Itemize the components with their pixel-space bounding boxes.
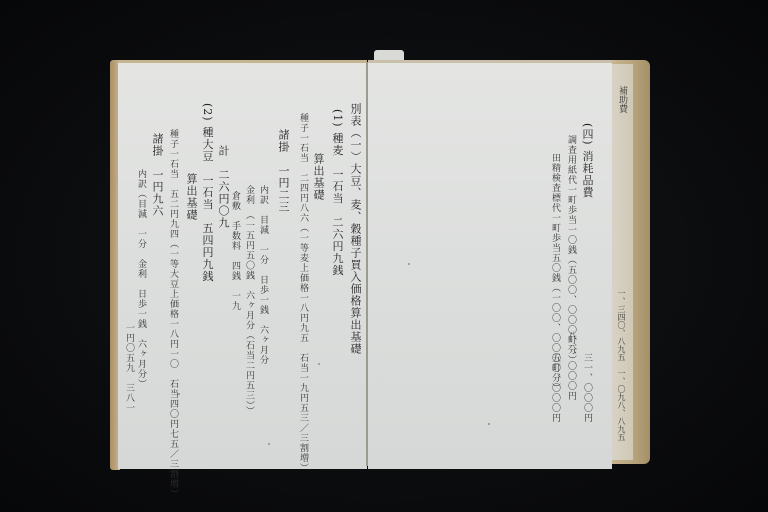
amount: 三一、〇〇〇円	[582, 353, 591, 423]
amount: 八一、〇〇〇円	[566, 331, 575, 401]
text-column: 計 二六円〇九	[218, 145, 229, 229]
text-column: 内訳 目減 一分 日歩一銭 六ヶ月分	[258, 185, 267, 365]
torn-tab	[374, 50, 404, 60]
text-column: 金利 （一五円五〇銭 六ヶ月分（石当二円五三））	[244, 185, 253, 416]
edge-label: 補助費	[616, 86, 629, 113]
open-ledger: 補助費 一、三四〇、八九五 一、〇九八、八九五 別表（一）大豆、麦、穀種子買入価…	[110, 56, 650, 470]
text-column: 別表（一）大豆、麦、穀種子買入価格算出基礎	[350, 103, 361, 355]
page-edge-strip: 補助費 一、三四〇、八九五 一、〇九八、八九五	[610, 64, 633, 460]
left-page: 別表（一）大豆、麦、穀種子買入価格算出基礎 (1) 種麦 一石当 二六円九銭 算…	[118, 60, 367, 469]
text-column: 一円〇五九 三八一	[124, 323, 133, 413]
text-column: 諸掛 一円九六	[152, 133, 163, 217]
text-column: 種子一石当 二四円八六（一等麦上価格一八円九五 石当一九円五三／三割増）	[298, 113, 307, 473]
text-column: 算出基礎	[186, 173, 197, 221]
text-column: 算出基礎	[313, 153, 324, 201]
paper-speck	[488, 423, 490, 425]
amount: 五〇、〇〇〇円	[550, 353, 559, 423]
paper-speck	[318, 363, 320, 365]
text-column: (1) 種麦 一石当 二六円九銭	[332, 109, 343, 276]
text-column: 倉敷 手数料 四銭 一九	[230, 191, 239, 311]
edge-figures: 一、三四〇、八九五 一、〇九八、八九五	[616, 289, 627, 441]
right-page: (四) 消耗品費 調査用紙代一町歩当一〇銭（五〇〇、〇〇〇町分） 田精検査標代一…	[368, 60, 612, 469]
paper-speck	[178, 393, 180, 395]
text-column: (2) 種大豆 一石当 五四円九銭	[202, 103, 213, 282]
text-column: 種子一石当 五二円九四（一等大豆上価格一八円一〇 石当四〇円七五／三割増）	[168, 129, 177, 499]
text-column: 内訳（目減 一分 金利 日歩一銭 六ヶ月分）	[136, 169, 145, 389]
text-column: (四) 消耗品費	[582, 123, 593, 198]
text-column: 諸掛 一円二三	[278, 129, 289, 213]
paper-speck	[268, 443, 270, 445]
paper-speck	[408, 263, 410, 265]
